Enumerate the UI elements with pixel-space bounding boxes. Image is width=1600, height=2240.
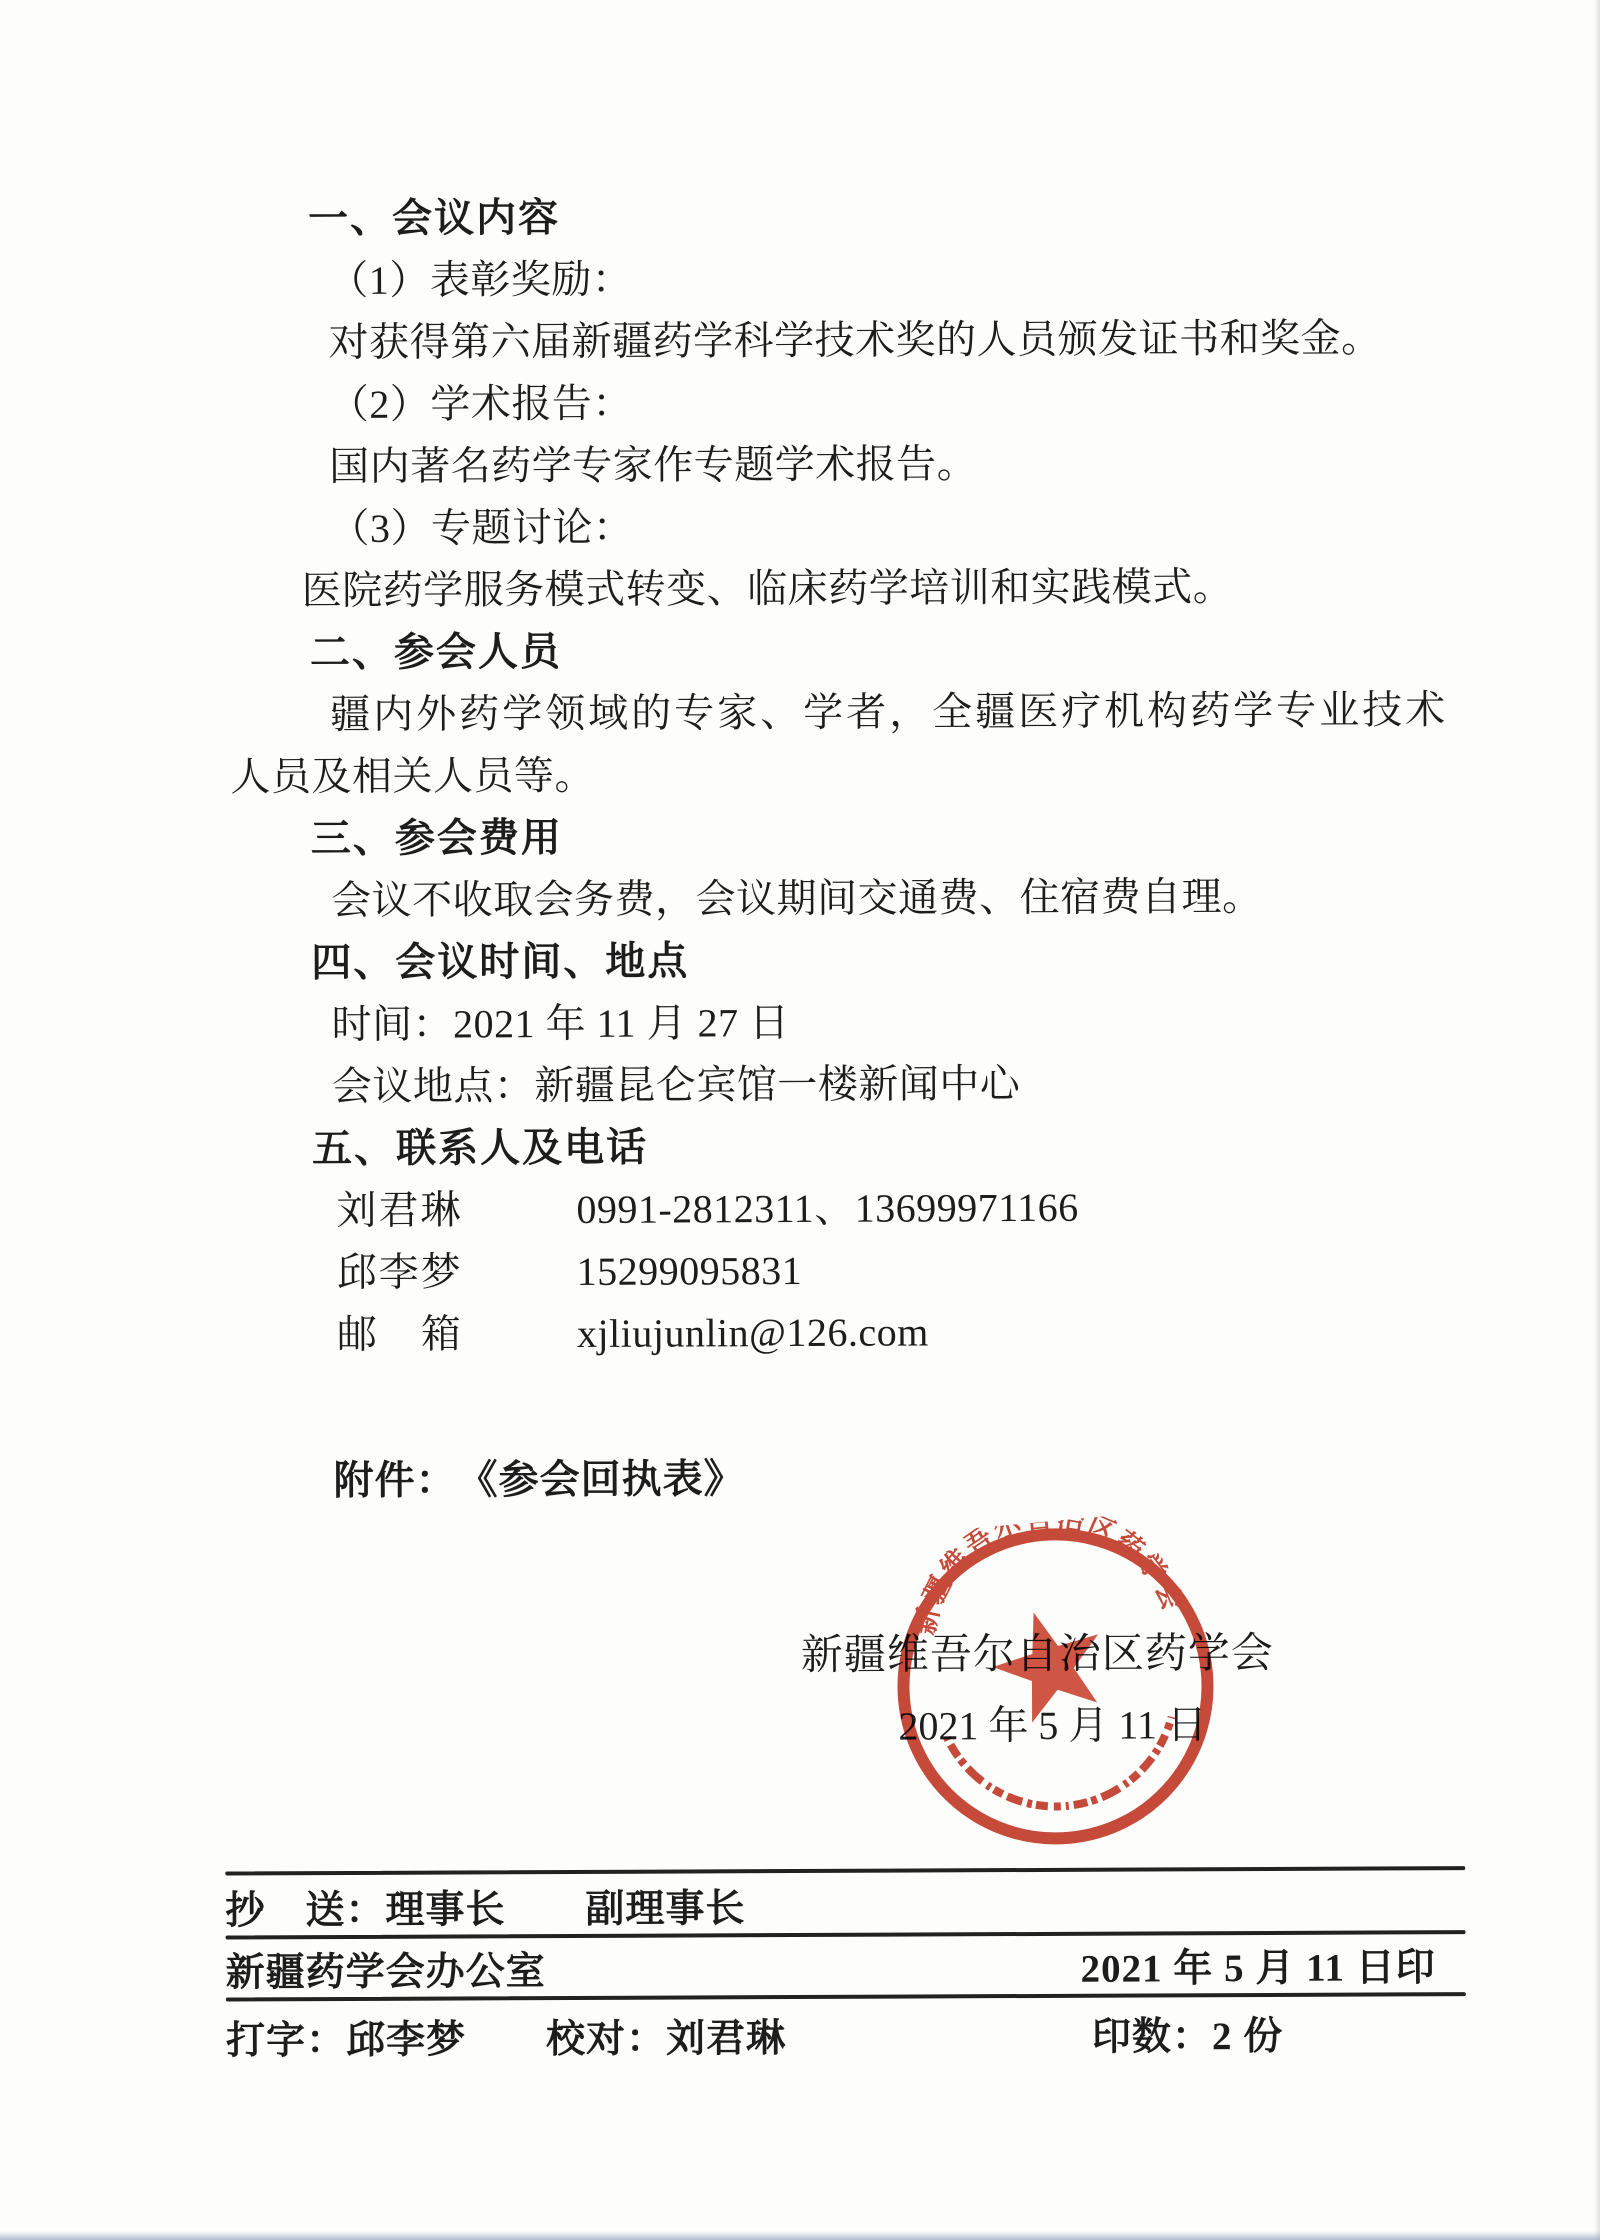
footer-typist-proofreader: 打字：邱李梦 校对：刘君琳 (226, 2016, 786, 2064)
footer-print-count: 印数：2 份 (1092, 2014, 1283, 2061)
contact-row: 邱李梦15299095831 (221, 1237, 1471, 1304)
seal-script-arc (947, 1717, 1179, 1816)
scan-edge-bottom (0, 2231, 1600, 2240)
attachment-note: 附件： 《参会回执表》 (333, 1448, 744, 1512)
body-text: 一、会议内容（1）表彰奖励：对获得第六届新疆药学科学技术奖的人员颁发证书和奖金。… (216, 183, 1471, 1366)
contact-value: xjliujunlin@126.com (577, 1309, 929, 1356)
seal-arc-title: 新疆维吾尔自治区药学会 (899, 1506, 1189, 1639)
contact-row: 刘君琳0991-2812311、13699971166 (220, 1175, 1470, 1242)
contact-row: 邮 箱xjliujunlin@126.com (221, 1299, 1471, 1366)
body-line: 对获得第六届新疆药学科学技术奖的人员颁发证书和奖金。 (216, 307, 1466, 374)
body-line: 会议不收取会务费，会议期间交通费、住宿费自理。 (219, 865, 1469, 932)
contact-name: 邱李梦 (337, 1241, 577, 1304)
body-line: （2）学术报告： (217, 369, 1467, 436)
footer-office-name: 新疆药学会办公室 (226, 1949, 546, 1996)
contact-name: 刘君琳 (336, 1179, 576, 1242)
footer-print-date: 2021 年 5 月 11 日印 (1081, 1945, 1436, 1993)
body-line: 人员及相关人员等。 (218, 741, 1468, 808)
body-line: 时间：2021 年 11 月 27 日 (219, 989, 1469, 1056)
contact-name: 邮 箱 (337, 1303, 577, 1366)
footer-divider-top (225, 1866, 1465, 1875)
body-line: （1）表彰奖励： (216, 245, 1466, 312)
contact-value: 15299095831 (577, 1248, 803, 1294)
section-heading: 一、会议内容 (216, 183, 1466, 250)
footer-copy-to: 抄 送：理事长 副理事长 (225, 1886, 745, 1934)
body-line: 医院药学服务模式转变、临床药学培训和实践模式。 (218, 555, 1468, 622)
official-seal-stamp: 新疆维吾尔自治区药学会 (882, 1506, 1241, 1865)
section-heading: 二、参会人员 (218, 617, 1468, 684)
body-line: 疆内外药学领域的专家、学者，全疆医疗机构药学专业技术 (218, 679, 1468, 746)
body-line: 国内著名药学专家作专题学术报告。 (217, 431, 1467, 498)
body-line: 会议地点：新疆昆仑宾馆一楼新闻中心 (220, 1051, 1470, 1118)
body-line: （3）专题讨论： (217, 493, 1467, 560)
contact-value: 0991-2812311、13699971166 (576, 1185, 1079, 1232)
scanned-document-page: 一、会议内容（1）表彰奖励：对获得第六届新疆药学科学技术奖的人员颁发证书和奖金。… (0, 0, 1600, 2240)
seal-star-icon (981, 1596, 1118, 1729)
scan-edge-right (1594, 0, 1600, 2240)
document-content: 一、会议内容（1）表彰奖励：对获得第六届新疆药学科学技术奖的人员颁发证书和奖金。… (0, 0, 1600, 2240)
section-heading: 五、联系人及电话 (220, 1113, 1470, 1180)
section-heading: 四、会议时间、地点 (219, 927, 1469, 994)
section-heading: 三、参会费用 (219, 803, 1469, 870)
